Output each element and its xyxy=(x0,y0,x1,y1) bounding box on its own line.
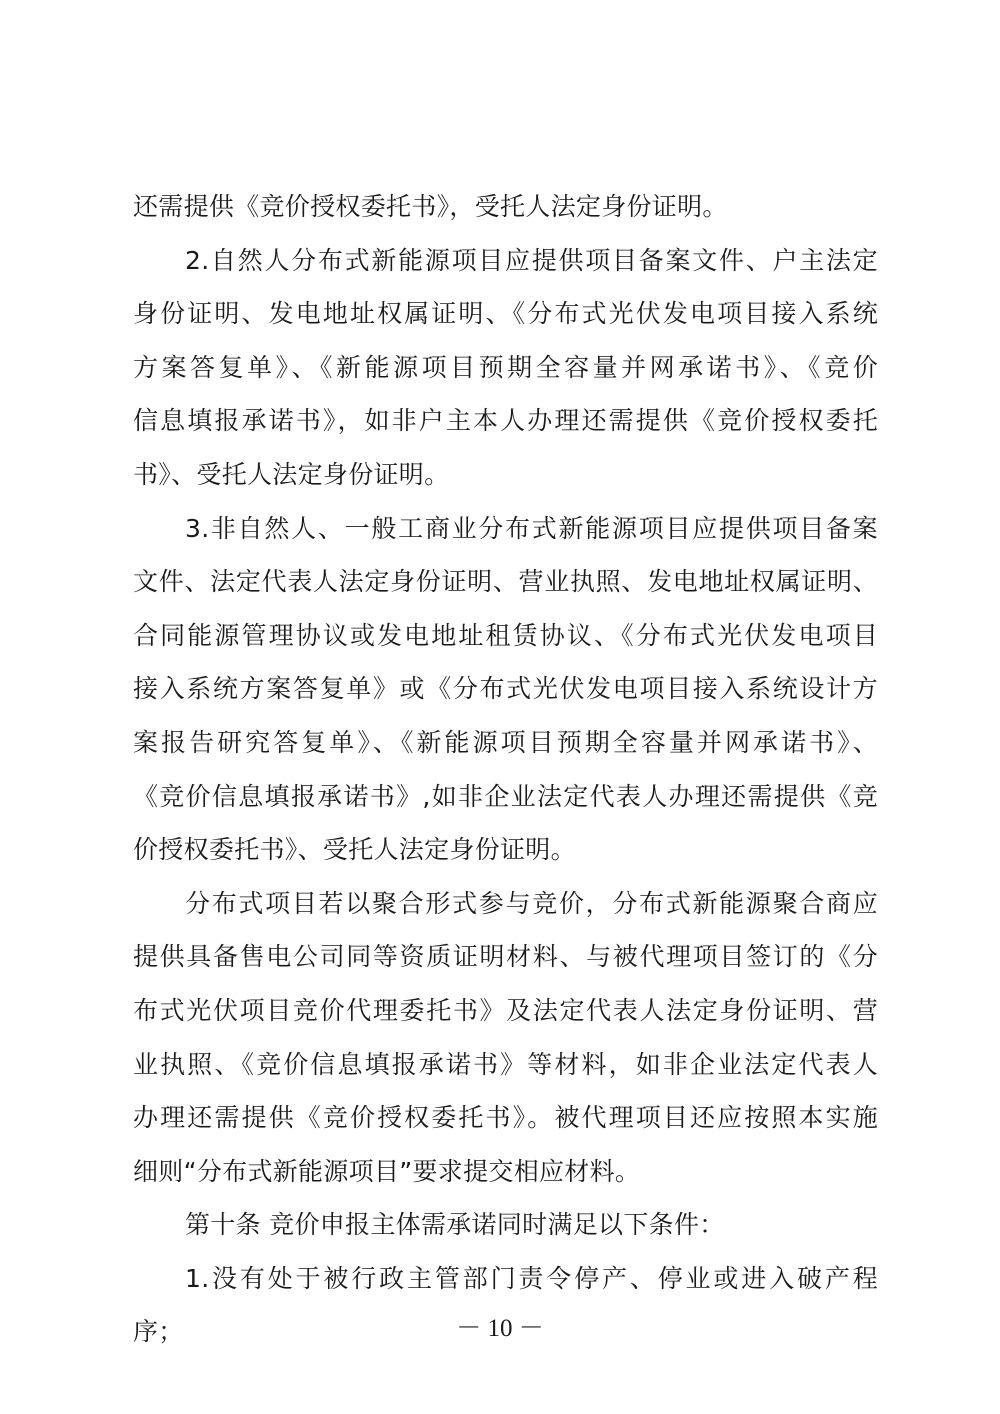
text-line: 《竞价信息填报承诺书》,如非企业法定代表人办理还需提供《竞 xyxy=(133,770,878,824)
text-line: 信息填报承诺书》，如非户主本人办理还需提供《竞价授权委托 xyxy=(133,394,878,448)
text-line: 方案答复单》、《新能源项目预期全容量并网承诺书》、《竞价 xyxy=(133,341,878,395)
text-line: 分布式项目若以聚合形式参与竞价，分布式新能源聚合商应 xyxy=(133,877,878,931)
document-page: 还需提供《竞价授权委托书》，受托人法定身份证明。 2.自然人分布式新能源项目应提… xyxy=(0,0,1000,1414)
text-line: 办理还需提供《竞价授权委托书》。被代理项目还应按照本实施 xyxy=(133,1091,878,1145)
text-line: 2.自然人分布式新能源项目应提供项目备案文件、户主法定 xyxy=(133,234,878,288)
text-line: 1.没有处于被行政主管部门责令停产、停业或进入破产程 xyxy=(133,1252,878,1306)
article-heading: 第十条 竞价申报主体需承诺同时满足以下条件： xyxy=(133,1198,878,1252)
text-line: 身份证明、发电地址权属证明、《分布式光伏发电项目接入系统 xyxy=(133,287,878,341)
text-line: 合同能源管理协议或发电地址租赁协议、《分布式光伏发电项目 xyxy=(133,609,878,663)
text-line: 文件、法定代表人法定身份证明、营业执照、发电地址权属证明、 xyxy=(133,555,878,609)
text-line: 细则“分布式新能源项目”要求提交相应材料。 xyxy=(133,1145,878,1199)
text-line: 书》、受托人法定身份证明。 xyxy=(133,448,878,502)
text-line: 接入系统方案答复单》或《分布式光伏发电项目接入系统设计方 xyxy=(133,662,878,716)
text-line: 业执照、《竞价信息填报承诺书》等材料，如非企业法定代表人 xyxy=(133,1038,878,1092)
document-body: 还需提供《竞价授权委托书》，受托人法定身份证明。 2.自然人分布式新能源项目应提… xyxy=(133,180,878,1359)
page-number: － 10 － xyxy=(0,1308,1000,1344)
text-line: 布式光伏项目竞价代理委托书》及法定代表人法定身份证明、营 xyxy=(133,984,878,1038)
text-line: 价授权委托书》、受托人法定身份证明。 xyxy=(133,823,878,877)
text-line: 提供具备售电公司同等资质证明材料、与被代理项目签订的《分 xyxy=(133,930,878,984)
text-line: 案报告研究答复单》、《新能源项目预期全容量并网承诺书》、 xyxy=(133,716,878,770)
text-line: 还需提供《竞价授权委托书》，受托人法定身份证明。 xyxy=(133,180,878,234)
text-line: 3.非自然人、一般工商业分布式新能源项目应提供项目备案 xyxy=(133,502,878,556)
